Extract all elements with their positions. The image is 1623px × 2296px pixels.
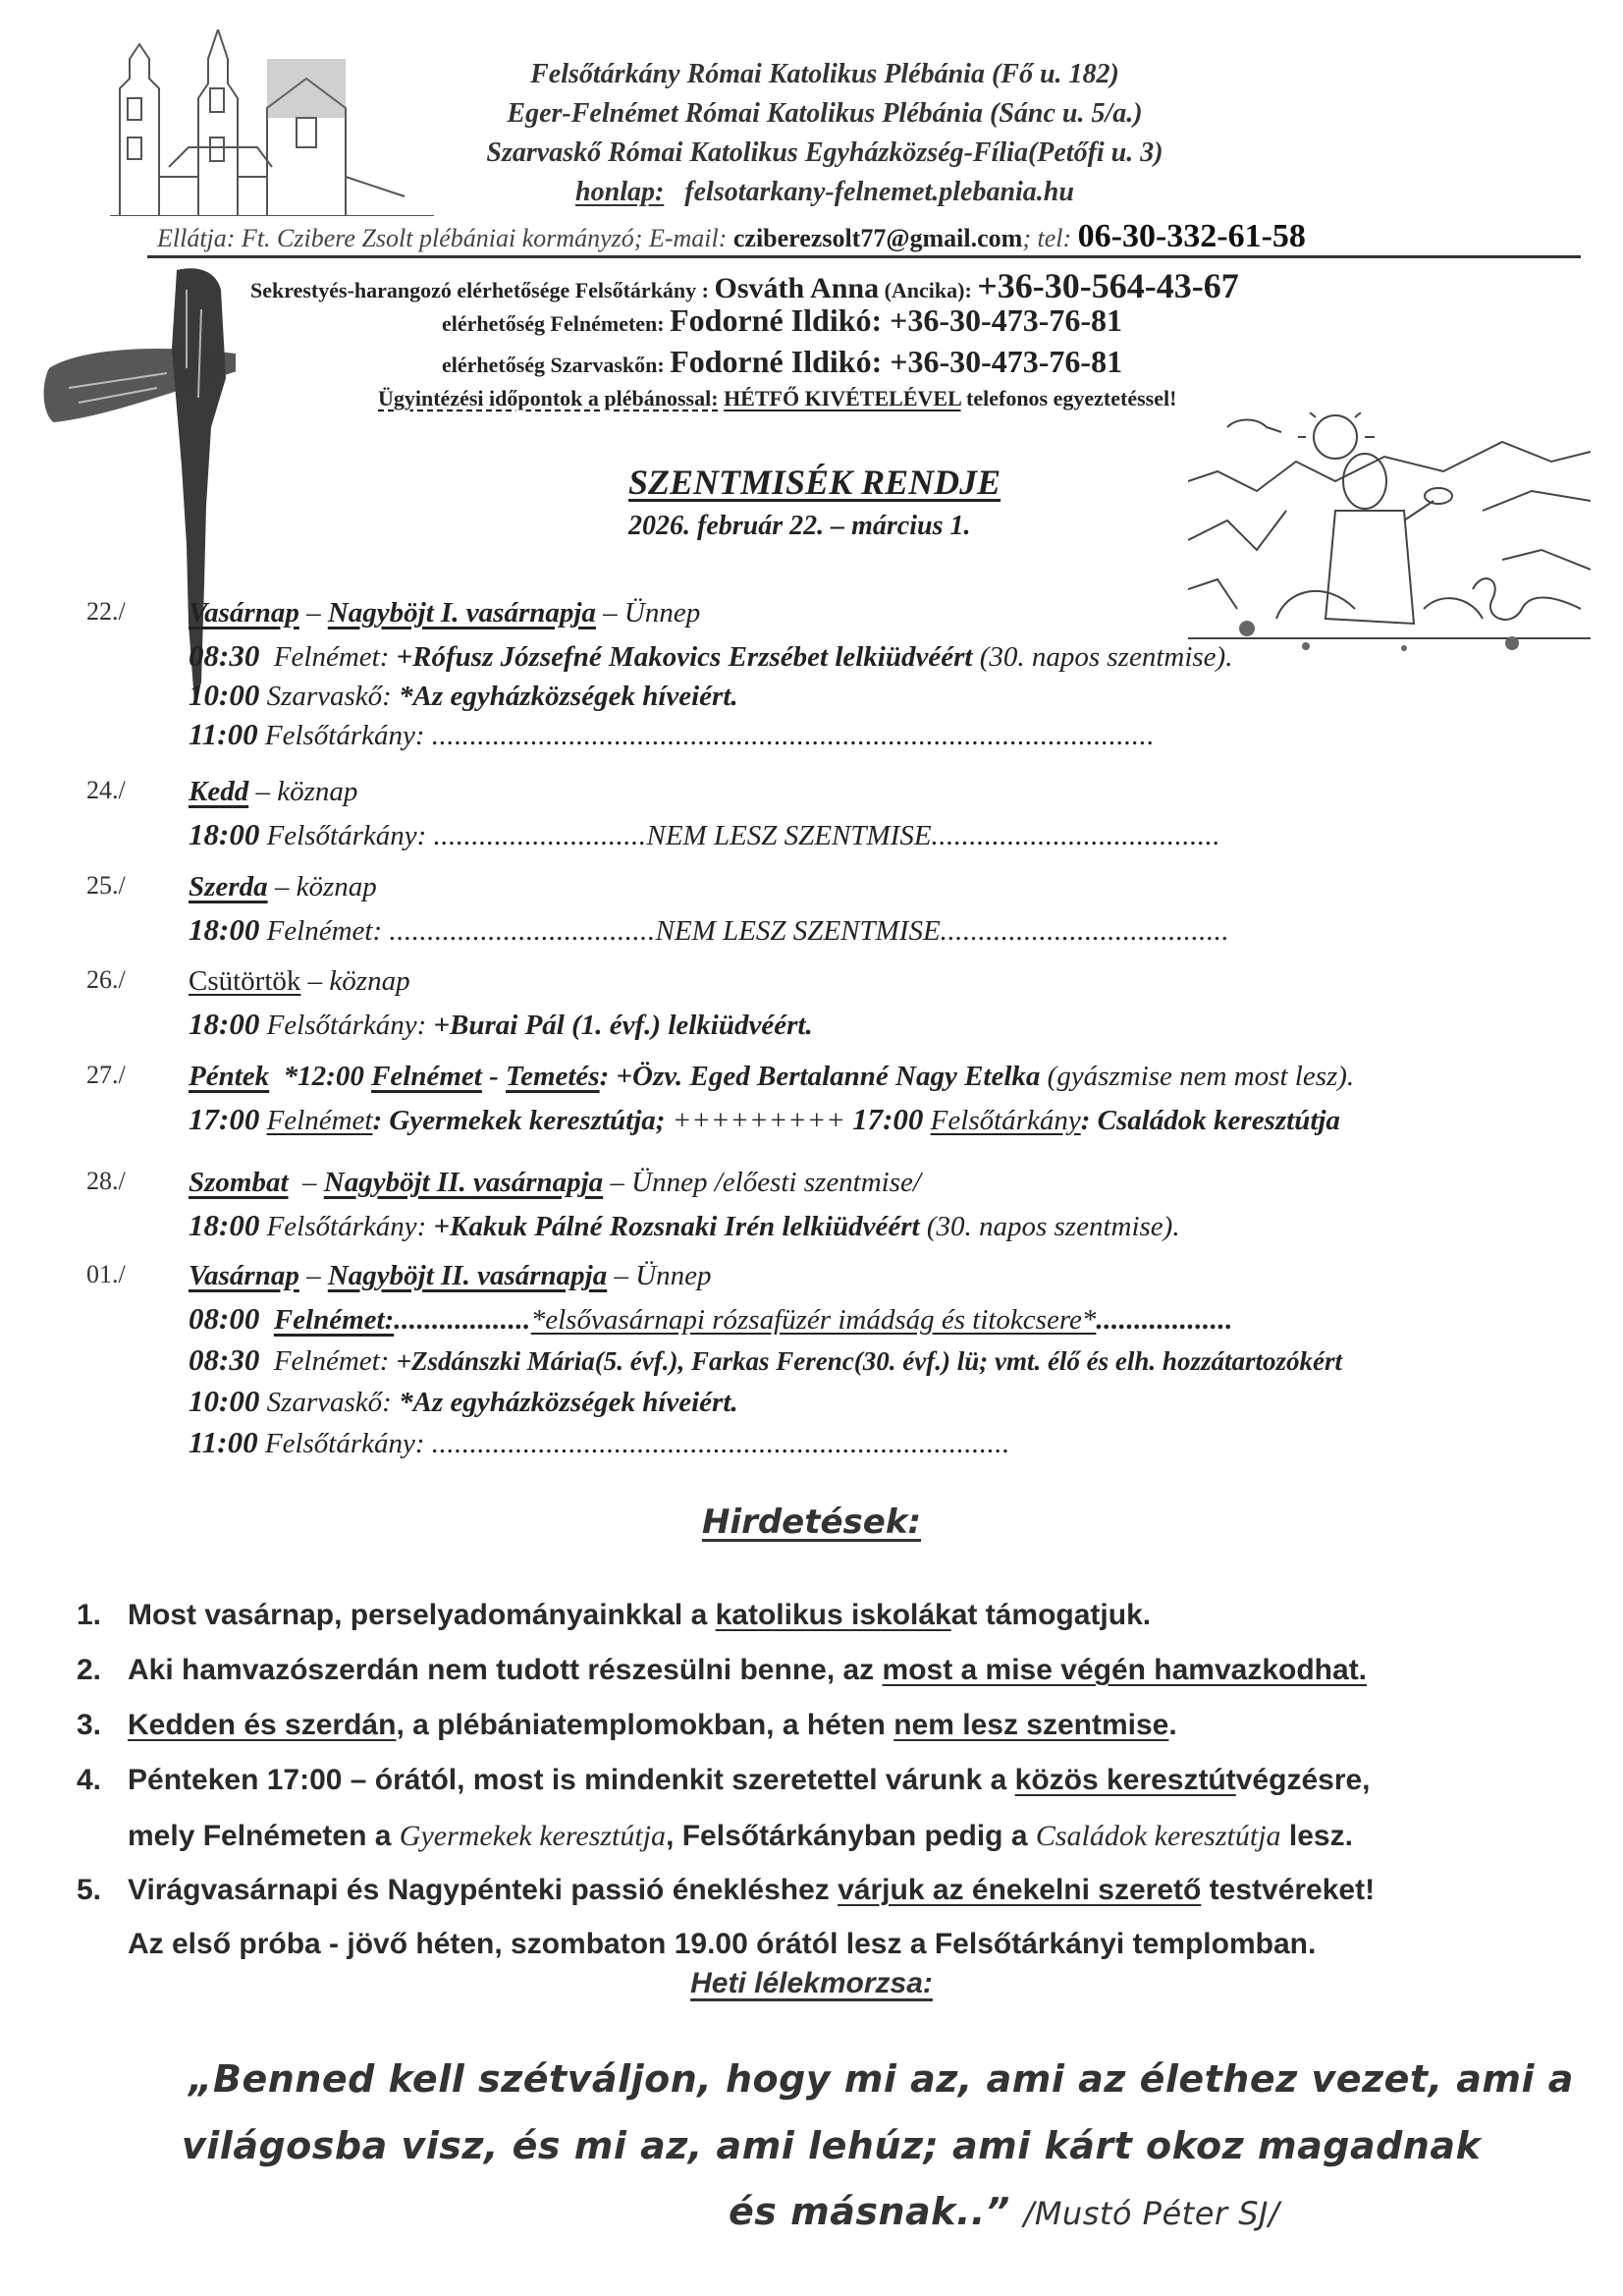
mass-intention: : Gyermekek keresztútja; [372, 1105, 665, 1136]
mass-entry: 11:00 Felsőtárkány: ....................… [189, 1425, 1010, 1460]
placeholder-dots: .................. [1096, 1304, 1233, 1336]
mass-place: Felsőtárkány [931, 1105, 1081, 1136]
quote-line: „Benned kell szétváljon, hogy mi az, ami… [189, 2057, 1574, 2101]
office-label: Ügyintézési időpontok a plébánossal: [378, 386, 719, 410]
feast-name: Nagyböjt I. vasárnapja [328, 597, 596, 629]
email-link[interactable]: cziberezsolt77@gmail.com [733, 224, 1022, 252]
mass-place: Felnémet [371, 1061, 482, 1092]
feast-rank: – Ünnep /előesti szentmise/ [610, 1167, 921, 1198]
item-text: . [1168, 1709, 1176, 1741]
item-number: 1. [77, 1599, 128, 1632]
quote-text: és másnak..” [729, 2190, 1010, 2233]
mass-entry: 10:00 Szarvaskő: *Az egyházközségek híve… [189, 1384, 738, 1419]
mass-intention: +Zsdánszki Mária(5. évf.), Farkas Ferenc… [397, 1346, 1342, 1376]
mass-note: (30. napos szentmise). [927, 1211, 1180, 1242]
sacristan-name: Osváth Anna [715, 272, 880, 304]
item-number: 2. [77, 1654, 128, 1687]
sacristan-label: Sekrestyés-harangozó elérhetősége Felsőt… [250, 278, 709, 302]
parish-line-felsotarkany: Felsőtárkány Római Katolikus Plébánia (F… [334, 59, 1316, 90]
placeholder-dots: ................................... [389, 915, 655, 947]
mass-time: 11:00 [189, 717, 258, 751]
header-divider [147, 255, 1581, 258]
item-number: 3. [77, 1709, 128, 1742]
item-highlight: várjuk az énekelni szerető [838, 1874, 1201, 1906]
announcement-item: 4.Pénteken 17:00 – órától, most is minde… [77, 1764, 1371, 1797]
item-text: , a plébániatemplomokban, a héten [396, 1709, 893, 1741]
mass-place: Felsőtárkány: [267, 820, 427, 851]
felnemet-value: Fodorné Ildikó: +36-30-473-76-81 [670, 302, 1122, 338]
mass-place: Szarvaskő: [267, 681, 392, 712]
day-name: Kedd [189, 776, 248, 807]
item-text: Aki hamvazószerdán nem tudott részesülni… [128, 1654, 883, 1686]
day-heading: Péntek *12:00 Felnémet - Temetés: +Özv. … [189, 1061, 1354, 1093]
mass-note: (30. napos szentmise). [980, 641, 1233, 673]
mass-entry: 08:00 Felnémet:..................*elsőva… [189, 1301, 1233, 1337]
weekly-thought-title: Heti lélekmorzsa: [0, 1967, 1623, 2000]
mass-entry: 18:00 Felsőtárkány: ....................… [189, 817, 1220, 852]
no-mass-note: NEM LESZ SZENTMISE [656, 915, 941, 947]
item-number: 4. [77, 1764, 128, 1797]
no-mass-note: NEM LESZ SZENTMISE [647, 820, 932, 851]
announcement-item: 1.Most vasárnap, perselyadományainkkal a… [77, 1599, 1151, 1632]
parish-line-szarvasko: Szarvaskő Római Katolikus Egyházközség-F… [334, 137, 1316, 169]
szarvasko-value: Fodorné Ildikó: +36-30-473-76-81 [670, 344, 1122, 379]
mass-time: 08:00 [189, 1301, 259, 1336]
tel-label: ; tel: [1022, 224, 1071, 252]
mass-time: 10:00 [189, 1384, 259, 1418]
mass-entry: 08:30 Felnémet: +Zsdánszki Mária(5. évf.… [189, 1342, 1342, 1378]
quote-author: /Mustó Péter SJ/ [1024, 2195, 1280, 2232]
placeholder-dots: ............................ [434, 820, 647, 851]
sacristan-nick: (Ancika): [885, 278, 972, 302]
mass-entry: 18:00 Felnémet: ........................… [189, 912, 1229, 948]
item-text: Az első próba - jövő héten, szombaton 19… [128, 1928, 1316, 1960]
day-heading: Szombat – Nagyböjt II. vasárnapja – Ünne… [189, 1167, 921, 1199]
mass-intention: +Rófusz Józsefné Makovics Erzsébet lelki… [397, 641, 973, 673]
day-number: 27./ [86, 1061, 126, 1090]
event-name: *elsővasárnapi rózsafüzér imádság és tit… [531, 1304, 1097, 1336]
sacristan-contact: Sekrestyés-harangozó elérhetősége Felsőt… [250, 265, 1239, 306]
event-name: Temetés [506, 1061, 600, 1092]
mass-place: Felsőtárkány: [267, 1010, 427, 1041]
day-number: 26./ [86, 965, 126, 995]
mass-place: Felnémet: [274, 641, 390, 673]
placeholder-dots: ...................................... [932, 820, 1221, 851]
day-name: Szerda [189, 871, 268, 902]
placeholder-dots: ...................................... [941, 915, 1230, 947]
item-highlight: Kedden és szerdán [128, 1709, 396, 1741]
item-text: at támogatjuk. [951, 1599, 1151, 1631]
mass-time: 17:00 [189, 1102, 259, 1136]
placeholder-dots: ........................................… [432, 1428, 1010, 1459]
mass-place: Felsőtárkány: [265, 720, 425, 751]
homepage-label: honlap: [575, 177, 664, 207]
weekly-thought-title-text: Heti lélekmorzsa: [690, 1967, 933, 1999]
day-heading: Vasárnap – Nagyböjt I. vasárnapja – Ünne… [189, 597, 700, 629]
day-number: 28./ [86, 1167, 126, 1196]
mass-intention: *Az egyházközségek híveiért. [399, 681, 738, 712]
placeholder-dots: ........................................… [432, 720, 1155, 751]
mass-place: Szarvaskő: [267, 1387, 392, 1418]
placeholder-dots: .................. [394, 1304, 531, 1336]
item-text: végzésre, [1236, 1764, 1371, 1796]
mass-time: 17:00 [852, 1102, 923, 1136]
item-text: Pénteken 17:00 – órától, most is mindenk… [128, 1764, 1015, 1796]
announcements-title: Hirdetések: [0, 1503, 1623, 1542]
szarvasko-contact: elérhetőség Szarvaskőn: Fodorné Ildikó: … [442, 344, 1122, 380]
day-heading: Vasárnap – Nagyböjt II. vasárnapja – Ünn… [189, 1260, 712, 1292]
feast-rank: – köznap [308, 965, 410, 997]
sacristan-phone: +36-30-564-43-67 [977, 266, 1238, 305]
item-text: mely Felnémeten a [128, 1820, 400, 1852]
day-name: Péntek [189, 1061, 269, 1092]
mass-time: 18:00 [189, 912, 259, 947]
item-highlight: közös keresztút [1015, 1764, 1236, 1796]
item-text: lesz. [1281, 1820, 1353, 1852]
mass-time: 18:00 [189, 1208, 259, 1242]
schedule-dates: 2026. február 22. – március 1. [628, 511, 970, 542]
mass-time: 10:00 [189, 678, 259, 712]
office-exception: HÉTFŐ KIVÉTELÉVEL [724, 386, 960, 410]
office-hours: Ügyintézési időpontok a plébánossal: HÉT… [378, 386, 1176, 411]
separator: +++++++++ [665, 1105, 852, 1136]
item-text: Most vasárnap, perselyadományainkkal a [128, 1599, 716, 1631]
day-name: Vasárnap [189, 1260, 299, 1291]
feast-rank: – köznap [255, 776, 357, 807]
schedule-title: SZENTMISÉK RENDJE [628, 462, 1001, 503]
cross-icon [39, 250, 236, 702]
mass-time: 08:30 [189, 1342, 259, 1377]
mass-place: Felnémet [267, 1105, 373, 1136]
jesus-desert-illustration [1188, 412, 1591, 658]
feast-rank: – Ünnep [614, 1260, 711, 1291]
quote-line: és másnak..” /Mustó Péter SJ/ [729, 2190, 1279, 2233]
mass-place: Felsőtárkány: [267, 1211, 427, 1242]
homepage-link[interactable]: felsotarkany-felnemet.plebania.hu [684, 177, 1074, 207]
parish-line-felnemet: Eger-Felnémet Római Katolikus Plébánia (… [334, 98, 1316, 130]
day-name: Szombat [189, 1167, 289, 1198]
feast-name: Nagyböjt II. vasárnapja [324, 1167, 603, 1198]
item-text: Virágvasárnapi és Nagypénteki passió éne… [128, 1874, 838, 1906]
item-highlight: katolikus iskolák [716, 1599, 951, 1631]
item-highlight: nem lesz szentmise [893, 1709, 1168, 1741]
item-italic: Gyermekek keresztútja [400, 1820, 666, 1852]
mass-entry: 18:00 Felsőtárkány: +Burai Pál (1. évf.)… [189, 1007, 813, 1042]
mass-place: Felnémet: [274, 1345, 390, 1377]
mass-note: (gyászmise nem most lesz). [1048, 1061, 1355, 1092]
priest-contact-line: Ellátja: Ft. Czibere Zsolt plébániai kor… [157, 218, 1306, 255]
office-rest: telefonos egyeztetéssel! [966, 386, 1176, 410]
separator: - [482, 1061, 506, 1092]
mass-place: Felnémet: [267, 915, 383, 947]
mass-intention: +Burai Pál (1. évf.) lelkiüdvéért. [434, 1010, 813, 1041]
quote-line: világosba visz, és mi az, ami lehúz; ami… [182, 2124, 1481, 2167]
mass-time: *12:00 [284, 1061, 364, 1092]
announcement-item: 5.Virágvasárnapi és Nagypénteki passió é… [77, 1874, 1375, 1907]
homepage-line: honlap: felsotarkany-felnemet.plebania.h… [334, 177, 1316, 208]
day-heading: Szerda – köznap [189, 871, 377, 903]
priest-phone: 06-30-332-61-58 [1078, 218, 1306, 254]
announcement-item: 3.Kedden és szerdán, a plébániatemplomok… [77, 1709, 1177, 1742]
mass-place: Felnémet: [274, 1304, 394, 1336]
day-number: 24./ [86, 776, 126, 805]
mass-intention: *Az egyházközségek híveiért. [399, 1387, 738, 1418]
item-text: testvéreket! [1201, 1874, 1375, 1906]
feast-rank: – köznap [275, 871, 377, 902]
mass-entry: 11:00 Felsőtárkány: ....................… [189, 717, 1155, 752]
felnemet-label: elérhetőség Felnémeten: [442, 311, 665, 336]
mass-time: 11:00 [189, 1425, 258, 1459]
announcements-title-text: Hirdetések: [702, 1503, 921, 1542]
priest-info: Ellátja: Ft. Czibere Zsolt plébániai kor… [157, 224, 727, 252]
day-number: 01./ [86, 1260, 126, 1289]
felnemet-contact: elérhetőség Felnémeten: Fodorné Ildikó: … [442, 302, 1122, 339]
day-number: 22./ [86, 597, 126, 627]
feast-rank: – Ünnep [603, 597, 700, 629]
announcement-item-continued: mely Felnémeten a Gyermekek keresztútja,… [128, 1820, 1353, 1853]
day-name: Vasárnap [189, 597, 299, 629]
day-number: 25./ [86, 871, 126, 901]
item-italic: Családok keresztútja [1036, 1820, 1281, 1852]
mass-intention: +Kakuk Pálné Rozsnaki Irén lelkiüdvéért [434, 1211, 920, 1242]
mass-entry: 17:00 Felnémet: Gyermekek keresztútja; +… [189, 1102, 1340, 1137]
mass-time: 18:00 [189, 1007, 259, 1041]
item-text: , Felsőtárkányban pedig a [666, 1820, 1036, 1852]
mass-place: Felsőtárkány: [265, 1428, 425, 1459]
mass-entry: 18:00 Felsőtárkány: +Kakuk Pálné Rozsnak… [189, 1208, 1180, 1243]
day-heading: Csütörtök – köznap [189, 965, 410, 998]
mass-entry: 08:30 Felnémet: +Rófusz Józsefné Makovic… [189, 638, 1232, 674]
item-highlight: most a mise végén hamvazkodhat. [883, 1654, 1368, 1686]
item-number: 5. [77, 1874, 128, 1907]
day-heading: Kedd – köznap [189, 776, 357, 808]
announcement-item: 2.Aki hamvazószerdán nem tudott részesül… [77, 1654, 1367, 1687]
szarvasko-label: elérhetőség Szarvaskőn: [442, 353, 665, 377]
announcement-item-continued: Az első próba - jövő héten, szombaton 19… [128, 1928, 1316, 1961]
feast-name: Nagyböjt II. vasárnapja [328, 1260, 607, 1291]
mass-entry: 10:00 Szarvaskő: *Az egyházközségek híve… [189, 678, 738, 713]
mass-time: 18:00 [189, 817, 259, 851]
mass-time: 08:30 [189, 638, 259, 673]
mass-intention: : +Özv. Eged Bertalanné Nagy Etelka [600, 1061, 1041, 1092]
day-name: Csütörtök [189, 965, 300, 997]
mass-intention: : Családok keresztútja [1081, 1105, 1340, 1136]
